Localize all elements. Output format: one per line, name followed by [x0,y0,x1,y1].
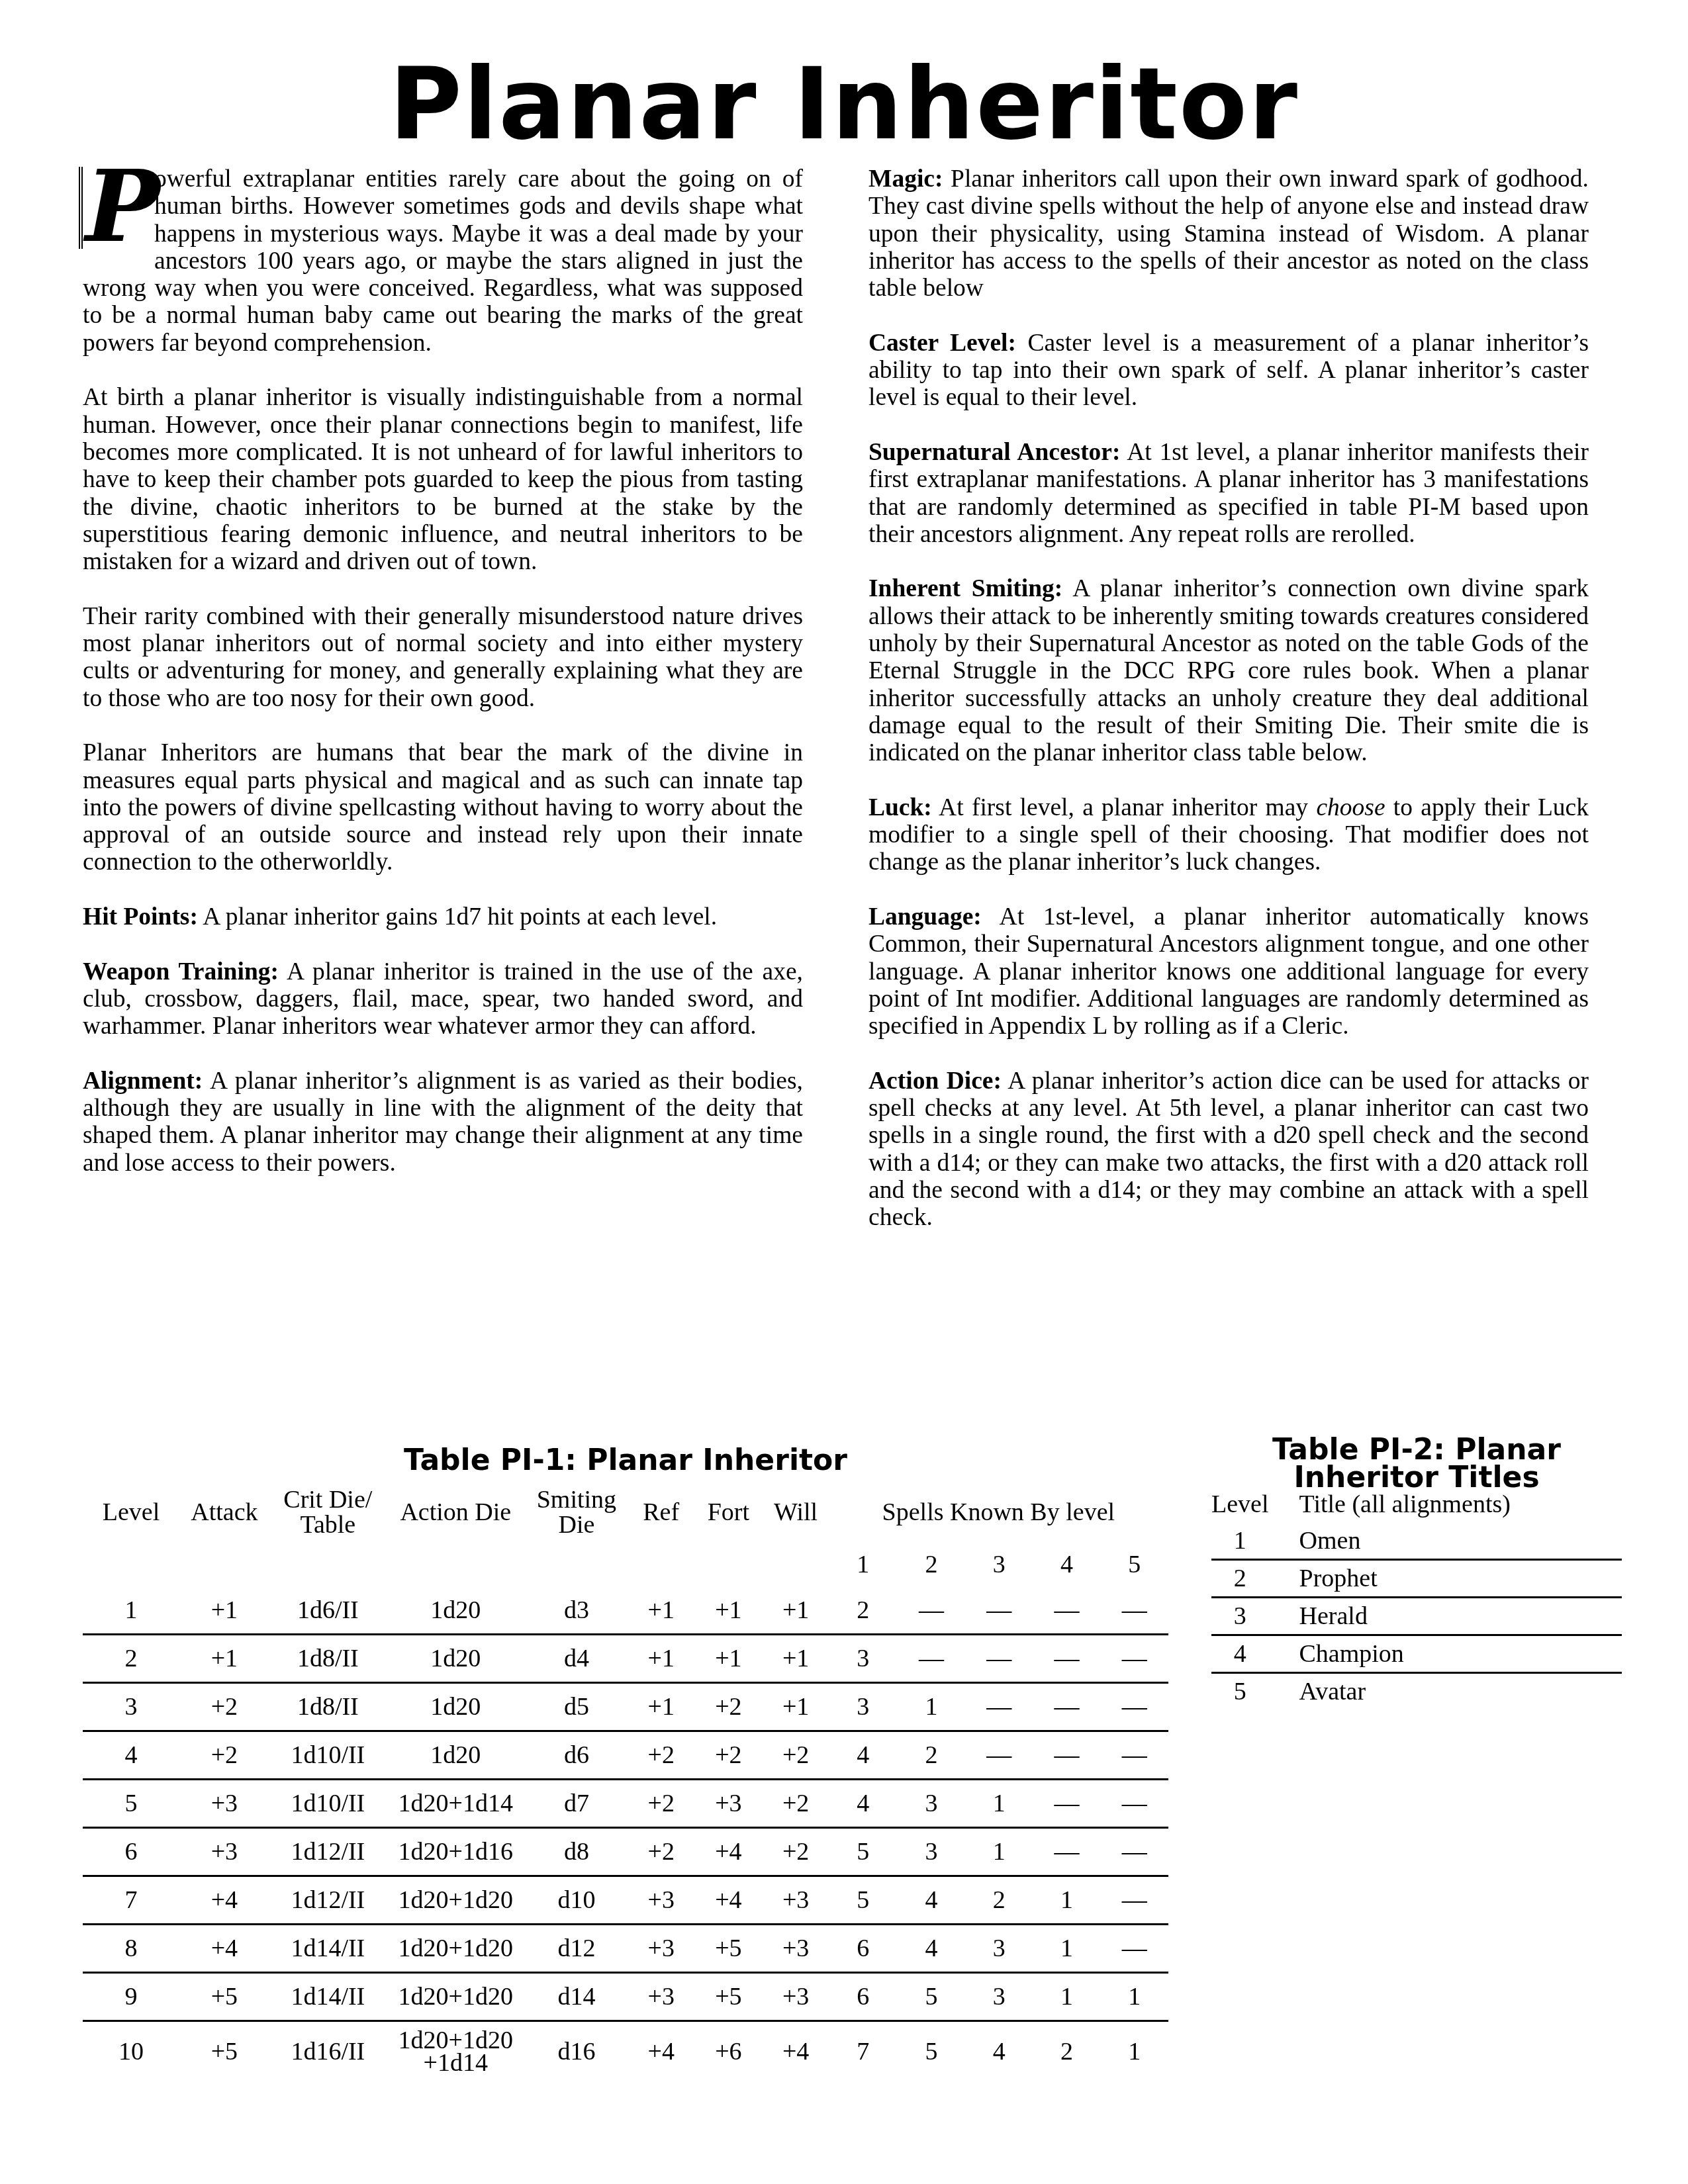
cell-spells-level-4: 1 [1033,1876,1100,1925]
cell-level: 4 [1211,1635,1269,1673]
cell-action-die: 1d20 [387,1683,525,1731]
intro-paragraph-2: At birth a planar inheritor is visually … [83,384,803,575]
cell-spells-level-1: 4 [829,1731,898,1780]
cell-will: +4 [763,2021,829,2082]
cell-title: Omen [1269,1523,1622,1560]
cell-action-die: 1d20+1d20 [387,1876,525,1925]
cell-spells-level-5: — [1101,1780,1168,1828]
cell-spells-level-3: — [965,1731,1033,1780]
intro-paragraph-1: Powerful extraplanar entities rarely car… [83,165,803,357]
table-pi2-title: Table PI-2: PlanarInheritor Titles [1211,1436,1622,1492]
cell-smiting-die: d3 [525,1587,628,1635]
cell-action-die: 1d20+1d20+1d14 [387,2021,525,2082]
cell-spells-level-5: — [1101,1925,1168,1973]
cell-spells-level-5: — [1101,1828,1168,1876]
cell-ref: +3 [628,1973,694,2021]
table-row: 1Omen [1211,1523,1622,1560]
cell-action-die: 1d20+1d14 [387,1780,525,1828]
cell-spells-level-3: 2 [965,1876,1033,1925]
cell-spells-level-5: — [1101,1683,1168,1731]
header-attack: Attack [179,1482,269,1542]
cell-fort: +1 [694,1635,763,1683]
cell-smiting-die: d16 [525,2021,628,2082]
table-header-row: Level Attack Crit Die/Table Action Die S… [83,1482,1168,1542]
cell-spells-level-4: — [1033,1683,1100,1731]
cell-ref: +3 [628,1925,694,1973]
left-column: Powerful extraplanar entities rarely car… [83,165,803,1204]
cell-spells-level-2: — [898,1635,965,1683]
table-row: 8+41d14/II1d20+1d20d12+3+5+36431— [83,1925,1168,1973]
header-fort: Fort [694,1482,763,1542]
header-will: Will [763,1482,829,1542]
section-label: Supernatural Ancestor: [868,439,1121,466]
cell-will: +2 [763,1731,829,1780]
cell-fort: +3 [694,1780,763,1828]
header-spells-known: Spells Known By level [829,1482,1168,1542]
caster-level-section: Caster Level: Caster level is a measurem… [868,330,1589,412]
table-row: 2Prophet [1211,1560,1622,1598]
cell-spells-level-1: 6 [829,1925,898,1973]
cell-spells-level-1: 5 [829,1828,898,1876]
table-header-row: Level Title (all alignments) [1211,1486,1622,1523]
cell-will: +3 [763,1876,829,1925]
cell-spells-level-2: 4 [898,1925,965,1973]
cell-ref: +2 [628,1731,694,1780]
cell-spells-level-3: — [965,1683,1033,1731]
cell-smiting-die: d5 [525,1683,628,1731]
section-label: Action Dice: [868,1068,1002,1095]
table-row: 4Champion [1211,1635,1622,1673]
cell-title: Prophet [1269,1560,1622,1598]
cell-action-die: 1d20 [387,1731,525,1780]
cell-fort: +5 [694,1925,763,1973]
cell-level: 5 [1211,1673,1269,1710]
dropcap-letter: P [79,167,149,249]
hit-points-section: Hit Points: A planar inheritor gains 1d7… [83,903,803,931]
cell-fort: +5 [694,1973,763,2021]
cell-ref: +3 [628,1876,694,1925]
cell-crit-die: 1d16/II [269,2021,387,2082]
cell-ref: +4 [628,2021,694,2082]
table-pi1-title: Table PI-1: Planar Inheritor [83,1446,1168,1475]
inherent-smiting-section: Inherent Smiting: A planar inheritor’s c… [868,575,1589,766]
cell-crit-die: 1d12/II [269,1828,387,1876]
cell-level: 8 [83,1925,179,1973]
cell-level: 5 [83,1780,179,1828]
cell-smiting-die: d6 [525,1731,628,1780]
cell-spells-level-1: 6 [829,1973,898,2021]
header-smiting-die: SmitingDie [525,1482,628,1542]
cell-fort: +4 [694,1876,763,1925]
cell-spells-level-2: 3 [898,1828,965,1876]
cell-smiting-die: d12 [525,1925,628,1973]
cell-smiting-die: d14 [525,1973,628,2021]
alignment-section: Alignment: A planar inheritor’s alignmen… [83,1068,803,1177]
cell-level: 4 [83,1731,179,1780]
supernatural-ancestor-section: Supernatural Ancestor: At 1st level, a p… [868,439,1589,548]
cell-level: 6 [83,1828,179,1876]
cell-spells-level-1: 3 [829,1683,898,1731]
cell-crit-die: 1d14/II [269,1973,387,2021]
cell-fort: +6 [694,2021,763,2082]
cell-crit-die: 1d10/II [269,1731,387,1780]
cell-level: 2 [83,1635,179,1683]
cell-level: 1 [1211,1523,1269,1560]
cell-will: +3 [763,1925,829,1973]
cell-spells-level-1: 7 [829,2021,898,2082]
cell-spells-level-1: 5 [829,1876,898,1925]
cell-spells-level-5: — [1101,1635,1168,1683]
cell-attack: +2 [179,1683,269,1731]
cell-spells-level-2: 3 [898,1780,965,1828]
table-row: 3+21d8/II1d20d5+1+2+131——— [83,1683,1168,1731]
cell-spells-level-5: — [1101,1876,1168,1925]
section-label: Luck: [868,794,932,821]
cell-attack: +3 [179,1780,269,1828]
cell-level: 7 [83,1876,179,1925]
cell-spells-level-5: — [1101,1731,1168,1780]
section-label: Alignment: [83,1068,203,1095]
cell-attack: +4 [179,1925,269,1973]
cell-spells-level-3: — [965,1635,1033,1683]
cell-action-die: 1d20+1d20 [387,1925,525,1973]
cell-crit-die: 1d8/II [269,1683,387,1731]
cell-will: +1 [763,1683,829,1731]
table-row: 5Avatar [1211,1673,1622,1710]
cell-action-die: 1d20+1d20 [387,1973,525,2021]
cell-spells-level-4: — [1033,1635,1100,1683]
cell-spells-level-1: 4 [829,1780,898,1828]
cell-attack: +5 [179,2021,269,2082]
cell-action-die: 1d20+1d16 [387,1828,525,1876]
cell-spells-level-3: 4 [965,2021,1033,2082]
cell-spells-level-3: 1 [965,1780,1033,1828]
header-crit-die: Crit Die/Table [269,1482,387,1542]
cell-action-die: 1d20 [387,1635,525,1683]
section-label: Hit Points: [83,903,198,931]
cell-crit-die: 1d6/II [269,1587,387,1635]
table-row: 1+11d6/II1d20d3+1+1+12———— [83,1587,1168,1635]
cell-attack: +2 [179,1731,269,1780]
cell-spells-level-2: — [898,1587,965,1635]
action-dice-section: Action Dice: A planar inheritor’s action… [868,1068,1589,1232]
luck-section: Luck: At first level, a planar inheritor… [868,794,1589,876]
cell-smiting-die: d10 [525,1876,628,1925]
cell-attack: +4 [179,1876,269,1925]
table-row: 2+11d8/II1d20d4+1+1+13———— [83,1635,1168,1683]
spell-level-subheader-row: 1 2 3 4 5 [83,1542,1168,1587]
table-row: 3Herald [1211,1598,1622,1635]
cell-spells-level-2: 1 [898,1683,965,1731]
cell-fort: +2 [694,1731,763,1780]
table-row: 9+51d14/II1d20+1d20d14+3+5+365311 [83,1973,1168,2021]
cell-ref: +1 [628,1635,694,1683]
weapon-training-section: Weapon Training: A planar inheritor is t… [83,958,803,1040]
header-level: Level [1211,1486,1269,1523]
cell-crit-die: 1d8/II [269,1635,387,1683]
table-row: 4+21d10/II1d20d6+2+2+242——— [83,1731,1168,1780]
section-label: Magic: [868,165,943,193]
cell-spells-level-2: 4 [898,1876,965,1925]
language-section: Language: At 1st-level, a planar inherit… [868,903,1589,1040]
spell-level-1: 1 [829,1542,898,1587]
cell-fort: +1 [694,1587,763,1635]
cell-spells-level-4: — [1033,1587,1100,1635]
cell-spells-level-5: 1 [1101,2021,1168,2082]
page-title: Planar Inheritor [0,52,1688,158]
cell-spells-level-5: 1 [1101,1973,1168,2021]
section-label: Caster Level: [868,330,1016,357]
cell-spells-level-2: 2 [898,1731,965,1780]
cell-smiting-die: d7 [525,1780,628,1828]
cell-level: 1 [83,1587,179,1635]
section-label: Weapon Training: [83,958,279,985]
magic-section: Magic: Planar inheritors call upon their… [868,165,1589,302]
cell-crit-die: 1d10/II [269,1780,387,1828]
cell-level: 3 [1211,1598,1269,1635]
cell-spells-level-3: 3 [965,1925,1033,1973]
cell-title: Herald [1269,1598,1622,1635]
right-column: Magic: Planar inheritors call upon their… [868,165,1589,1259]
cell-ref: +1 [628,1683,694,1731]
table-row: 7+41d12/II1d20+1d20d10+3+4+35421— [83,1876,1168,1925]
cell-level: 3 [83,1683,179,1731]
cell-spells-level-2: 5 [898,1973,965,2021]
table-pi1: Level Attack Crit Die/Table Action Die S… [83,1482,1168,2081]
header-level: Level [83,1482,179,1542]
cell-attack: +1 [179,1587,269,1635]
section-label: Inherent Smiting: [868,575,1062,602]
cell-fort: +2 [694,1683,763,1731]
cell-spells-level-4: — [1033,1731,1100,1780]
cell-spells-level-5: — [1101,1587,1168,1635]
intro-paragraph-4: Planar Inheritors are humans that bear t… [83,739,803,876]
cell-level: 10 [83,2021,179,2082]
cell-spells-level-4: 2 [1033,2021,1100,2082]
cell-spells-level-3: 1 [965,1828,1033,1876]
intro-paragraph-3: Their rarity combined with their general… [83,603,803,712]
cell-smiting-die: d8 [525,1828,628,1876]
header-ref: Ref [628,1482,694,1542]
cell-will: +1 [763,1587,829,1635]
cell-spells-level-1: 2 [829,1587,898,1635]
cell-attack: +1 [179,1635,269,1683]
cell-title: Avatar [1269,1673,1622,1710]
cell-title: Champion [1269,1635,1622,1673]
cell-attack: +5 [179,1973,269,2021]
table-row: 10+51d16/II1d20+1d20+1d14d16+4+6+475421 [83,2021,1168,2082]
cell-will: +2 [763,1828,829,1876]
cell-spells-level-4: 1 [1033,1925,1100,1973]
cell-will: +3 [763,1973,829,2021]
cell-ref: +2 [628,1780,694,1828]
cell-spells-level-4: 1 [1033,1973,1100,2021]
cell-ref: +2 [628,1828,694,1876]
cell-ref: +1 [628,1587,694,1635]
table-row: 5+31d10/II1d20+1d14d7+2+3+2431—— [83,1780,1168,1828]
cell-spells-level-4: — [1033,1780,1100,1828]
header-title: Title (all alignments) [1269,1486,1622,1523]
spell-level-5: 5 [1101,1542,1168,1587]
cell-action-die: 1d20 [387,1587,525,1635]
cell-will: +2 [763,1780,829,1828]
cell-fort: +4 [694,1828,763,1876]
spell-level-4: 4 [1033,1542,1100,1587]
cell-crit-die: 1d14/II [269,1925,387,1973]
cell-level: 9 [83,1973,179,2021]
cell-attack: +3 [179,1828,269,1876]
spell-level-3: 3 [965,1542,1033,1587]
cell-level: 2 [1211,1560,1269,1598]
cell-will: +1 [763,1635,829,1683]
cell-spells-level-4: — [1033,1828,1100,1876]
cell-smiting-die: d4 [525,1635,628,1683]
spell-level-2: 2 [898,1542,965,1587]
cell-spells-level-2: 5 [898,2021,965,2082]
section-label: Language: [868,903,982,931]
table-row: 6+31d12/II1d20+1d16d8+2+4+2531—— [83,1828,1168,1876]
emphasis-choose: choose [1316,794,1385,821]
header-action-die: Action Die [387,1482,525,1542]
cell-spells-level-3: — [965,1587,1033,1635]
cell-spells-level-1: 3 [829,1635,898,1683]
table-pi2: Level Title (all alignments) 1Omen2Proph… [1211,1486,1622,1709]
cell-spells-level-3: 3 [965,1973,1033,2021]
cell-crit-die: 1d12/II [269,1876,387,1925]
